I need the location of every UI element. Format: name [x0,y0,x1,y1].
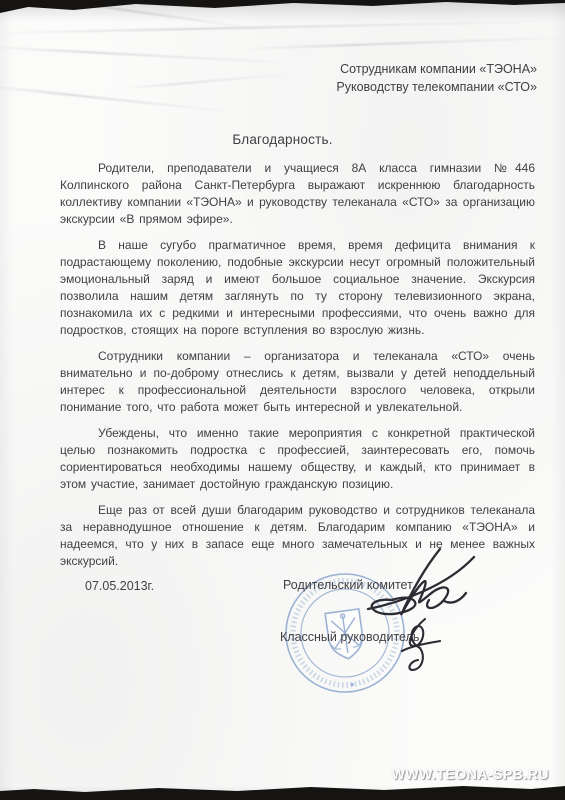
paragraph: Родители, преподаватели и учащиеся 8А кл… [60,160,535,228]
paper-sheet: Сотрудникам компании «ТЭОНА» Руководству… [0,0,565,800]
letter-title: Благодарность. [0,132,565,147]
paragraph: Убеждены, что именно такие мероприятия с… [60,425,535,493]
paragraph: Еще раз от всей души благодарим руководс… [60,502,535,570]
recipient-line: Сотрудникам компании «ТЭОНА» [0,60,537,78]
paper-crease [240,36,565,50]
paragraph: В наше сугубо прагматичное время, время … [60,237,535,339]
official-stamp-icon [275,563,415,703]
paragraph: Сотрудники компании – организатора и тел… [60,348,535,416]
paper-crease [56,0,264,31]
letter-body: Родители, преподаватели и учащиеся 8А кл… [60,160,535,570]
letter-date: 07.05.2013г. [85,579,154,593]
signature-label-class-teacher: Классный руководитель [280,630,419,644]
photo-background: { "letter": { "recipients": [ "Сотрудник… [0,0,565,800]
recipient-line: Руководству телекомпании «СТО» [0,78,537,96]
signature-stroke-teacher [390,613,452,675]
paper-crease [0,20,565,34]
recipient-block: Сотрудникам компании «ТЭОНА» Руководству… [0,60,537,96]
watermark-url: WWW.TEONA-SPB.RU [392,766,549,782]
signature-label-parent-committee: Родительский комитет [283,578,413,592]
